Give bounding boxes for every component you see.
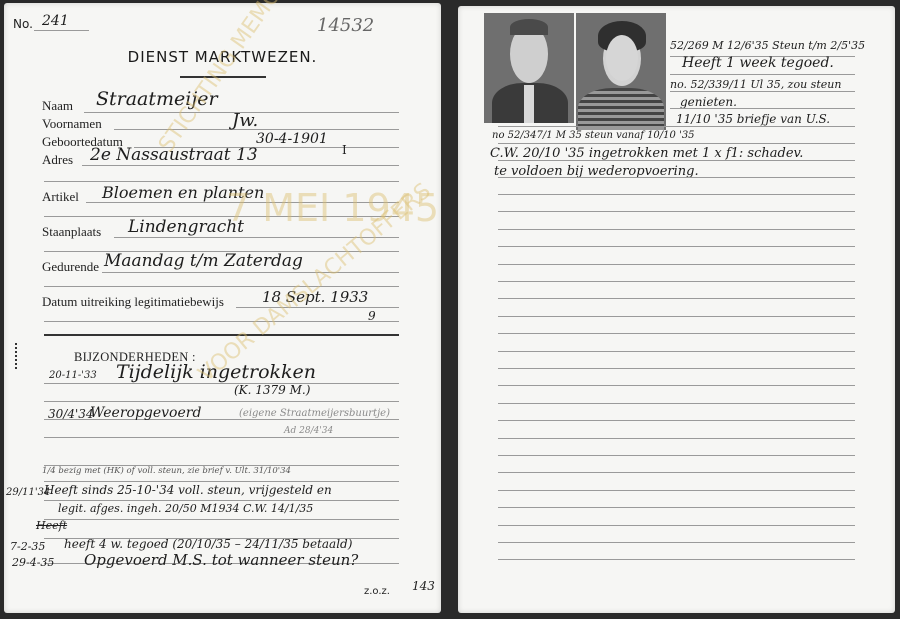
ruled-line bbox=[498, 194, 855, 195]
ruled-line bbox=[498, 559, 855, 560]
note-date: 20-11-'33 bbox=[49, 370, 97, 381]
value-adres: 2e Nassaustraat 13 bbox=[90, 145, 258, 165]
note-text: heeft 4 w. tegoed (20/10/35 – 24/11/35 b… bbox=[64, 537, 352, 551]
note-line: no 52/347/1 M 35 steun vanaf 10/10 '35 bbox=[492, 130, 695, 141]
ruled-line bbox=[498, 420, 855, 421]
ruled-line bbox=[498, 281, 855, 282]
label-artikel: Artikel bbox=[42, 189, 79, 205]
note-text: Weeropgevoerd bbox=[90, 405, 201, 421]
note-pencil: (eigene Straatmeijersbuurtje) bbox=[239, 408, 390, 419]
page-number: 143 bbox=[412, 579, 435, 593]
label-staanplaats: Staanplaats bbox=[42, 224, 101, 240]
ruled-line bbox=[498, 298, 855, 299]
watermark-bottom: VOOR DAMSLACHTOFFERS bbox=[194, 179, 436, 388]
label-voornamen: Voornamen bbox=[42, 116, 102, 132]
note-line: no. 52/339/11 Ul 35, zou steun bbox=[670, 78, 841, 91]
ruled-line bbox=[498, 472, 855, 473]
label-gedurende: Gedurende bbox=[42, 259, 99, 275]
ruled-line bbox=[498, 542, 855, 543]
note-text: Tijdelijk ingetrokken bbox=[116, 361, 316, 383]
note-text: legit. afges. ingeh. 20/50 M1934 C.W. 14… bbox=[58, 502, 313, 515]
ruled-line bbox=[498, 403, 855, 404]
note-date: 30/4'34 bbox=[48, 407, 94, 421]
card-number: 241 bbox=[42, 13, 69, 29]
title-underline bbox=[180, 76, 266, 78]
ruled-line bbox=[498, 264, 855, 265]
market-registration-card-back: 52/269 M 12/6'35 Steun t/m 2/5'35 Heeft … bbox=[458, 6, 895, 613]
ruled-line bbox=[498, 490, 855, 491]
photo-woman bbox=[576, 13, 666, 130]
card-title: DIENST MARKTWEZEN. bbox=[4, 48, 441, 66]
photo-man bbox=[484, 13, 574, 123]
value-extra: 9 bbox=[368, 309, 376, 323]
value-voornamen: Jw. bbox=[232, 110, 258, 131]
note-text: Heeft sinds 25-10-'34 voll. steun, vrijg… bbox=[44, 483, 332, 497]
ruled-line bbox=[498, 246, 855, 247]
label-adres: Adres bbox=[42, 152, 73, 168]
note-date: 7-2-35 bbox=[10, 540, 45, 553]
ruled-line bbox=[498, 316, 855, 317]
market-registration-card-front: No. 241 14532 DIENST MARKTWEZEN. Naam St… bbox=[4, 3, 441, 613]
note-line: Heeft 1 week tegoed. bbox=[682, 55, 834, 71]
ruled-line bbox=[498, 211, 855, 212]
number-label: No. bbox=[13, 17, 33, 31]
note-line: 52/269 M 12/6'35 Steun t/m 2/5'35 bbox=[670, 39, 865, 52]
value-gedurende: Maandag t/m Zaterdag bbox=[104, 251, 303, 271]
note-text: 1/4 bezig met (HK) of voll. steun, zie b… bbox=[42, 466, 291, 476]
note-line: 11/10 '35 briefje van U.S. bbox=[676, 112, 830, 126]
ruled-line bbox=[498, 507, 855, 508]
value-geboortedatum: 30-4-1901 bbox=[256, 131, 328, 147]
note-date: 29-4-35 bbox=[12, 556, 54, 569]
note-line: genieten. bbox=[680, 95, 737, 109]
ruled-line bbox=[498, 438, 855, 439]
value-artikel: Bloemen en planten bbox=[102, 183, 264, 202]
margin-mark bbox=[15, 343, 19, 369]
value-datum-uitreiking: 18 Sept. 1933 bbox=[262, 288, 368, 306]
note-text: Opgevoerd M.S. tot wanneer steun? bbox=[84, 551, 358, 569]
ruled-line bbox=[498, 525, 855, 526]
ruled-line bbox=[498, 229, 855, 230]
note-text: (K. 1379 M.) bbox=[234, 383, 310, 397]
ruled-line bbox=[498, 455, 855, 456]
zoz-mark: z.o.z. bbox=[364, 586, 390, 597]
value-staanplaats: Lindengracht bbox=[128, 217, 244, 237]
note-pencil: Ad 28/4'34 bbox=[284, 426, 333, 436]
note-line: C.W. 20/10 '35 ingetrokken met 1 x f1: s… bbox=[490, 146, 803, 161]
note-struck: Heeft bbox=[36, 519, 67, 532]
value-naam: Straatmeijer bbox=[96, 88, 218, 110]
ruled-line bbox=[498, 385, 855, 386]
archive-number: 14532 bbox=[317, 15, 374, 36]
value-adres-floor: I bbox=[342, 143, 347, 157]
ruled-line bbox=[498, 333, 855, 334]
label-datum-uitreiking: Datum uitreiking legitimatiebewijs bbox=[42, 294, 224, 310]
ruled-line bbox=[498, 368, 855, 369]
label-naam: Naam bbox=[42, 98, 73, 114]
ruled-line bbox=[498, 351, 855, 352]
